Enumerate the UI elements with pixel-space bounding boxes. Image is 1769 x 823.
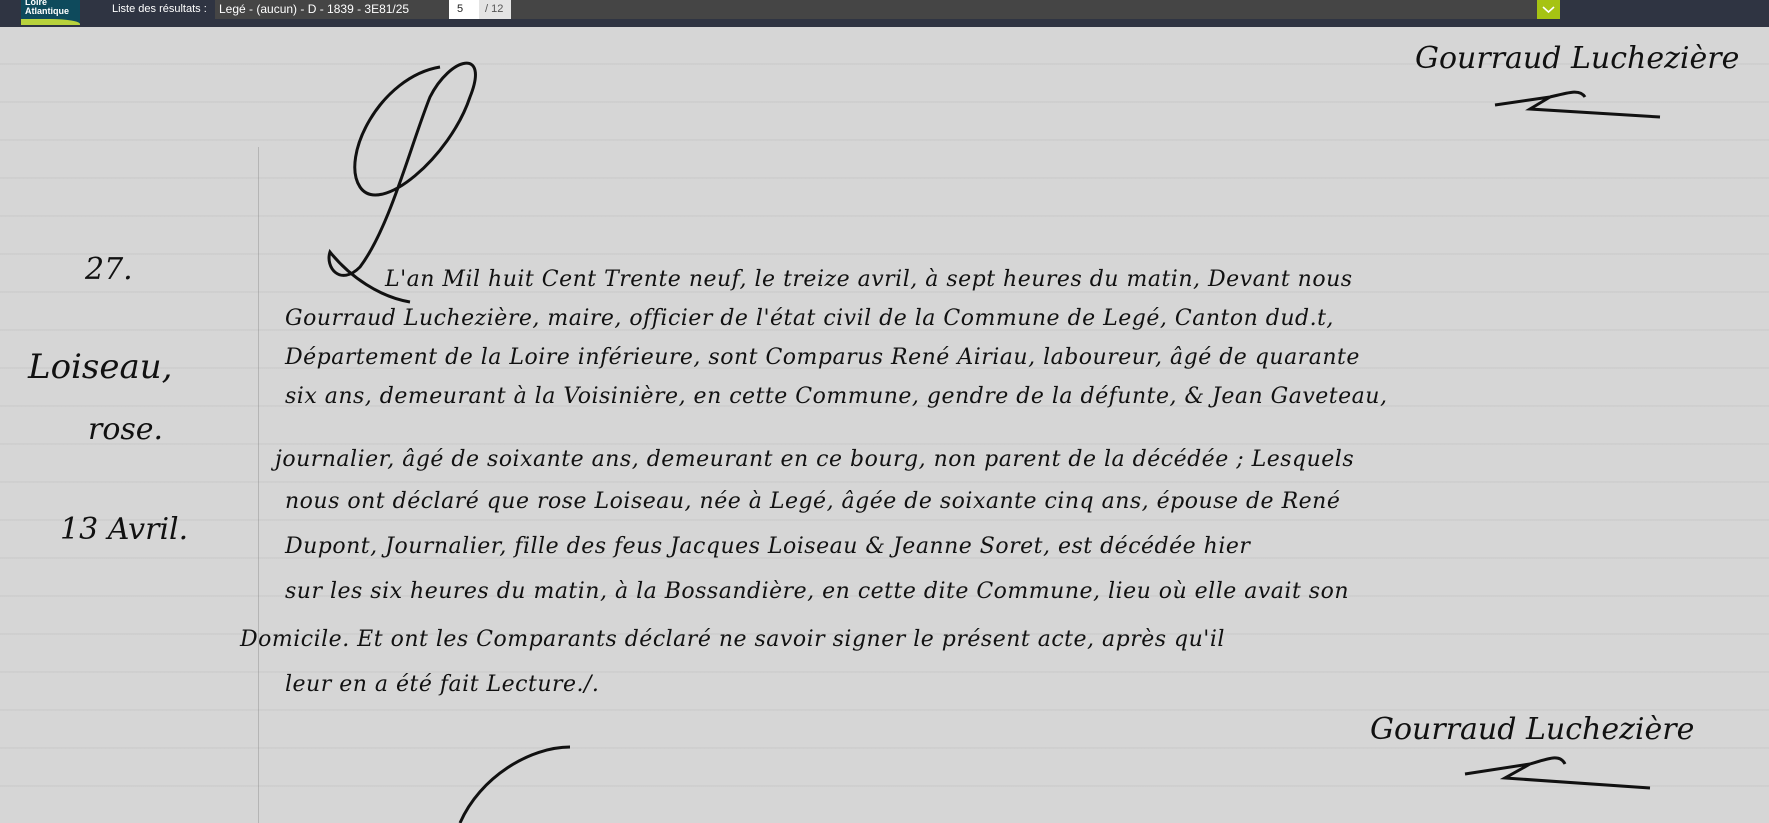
signature-bottom: Gourraud Luchezière xyxy=(1370,712,1694,747)
selected-result-text: Legé - (aucun) - D - 1839 - 3E81/25 xyxy=(219,2,409,16)
margin-given-name: rose. xyxy=(88,412,163,447)
results-dropdown-button[interactable] xyxy=(1537,0,1560,19)
document-scan-viewer[interactable]: Gourraud Luchezière 27. Loiseau, rose. 1… xyxy=(0,27,1769,823)
results-select[interactable]: Legé - (aucun) - D - 1839 - 3E81/25 xyxy=(215,0,1537,19)
loire-atlantique-logo[interactable]: Loire Atlantique xyxy=(21,0,80,25)
text-line: sur les six heures du matin, à la Bossan… xyxy=(285,579,1349,604)
text-line: leur en a été fait Lecture./. xyxy=(285,672,599,697)
text-line: journalier, âgé de soixante ans, demeura… xyxy=(275,447,1354,472)
margin-rule xyxy=(258,147,259,823)
margin-date: 13 Avril. xyxy=(60,512,188,547)
results-list-label: Liste des résultats : xyxy=(112,3,207,16)
page-number-input[interactable]: 5 xyxy=(449,0,479,19)
signature-top: Gourraud Luchezière xyxy=(1415,41,1739,76)
text-line: Domicile. Et ont les Comparants déclaré … xyxy=(240,627,1225,652)
chevron-down-icon xyxy=(1537,0,1560,19)
text-line: Gourraud Luchezière, maire, officier de … xyxy=(285,306,1334,331)
top-bar: Loire Atlantique Liste des résultats : L… xyxy=(0,0,1769,27)
text-line: L'an Mil huit Cent Trente neuf, le treiz… xyxy=(385,267,1353,292)
text-line: six ans, demeurant à la Voisinière, en c… xyxy=(285,384,1387,409)
flourish-ornament-bottom xyxy=(420,727,620,823)
logo-swoosh xyxy=(21,19,80,25)
page-total: / 12 xyxy=(479,0,511,19)
text-line: Département de la Loire inférieure, sont… xyxy=(285,345,1360,370)
logo-text-line2: Atlantique xyxy=(25,7,69,16)
text-line: nous ont déclaré que rose Loiseau, née à… xyxy=(285,489,1340,514)
signature-paraph-bottom xyxy=(1460,752,1660,797)
signature-paraph-top xyxy=(1490,87,1670,127)
margin-act-number: 27. xyxy=(85,252,133,287)
text-line: Dupont, Journalier, fille des feus Jacqu… xyxy=(285,534,1250,559)
margin-surname: Loiseau, xyxy=(28,347,172,387)
